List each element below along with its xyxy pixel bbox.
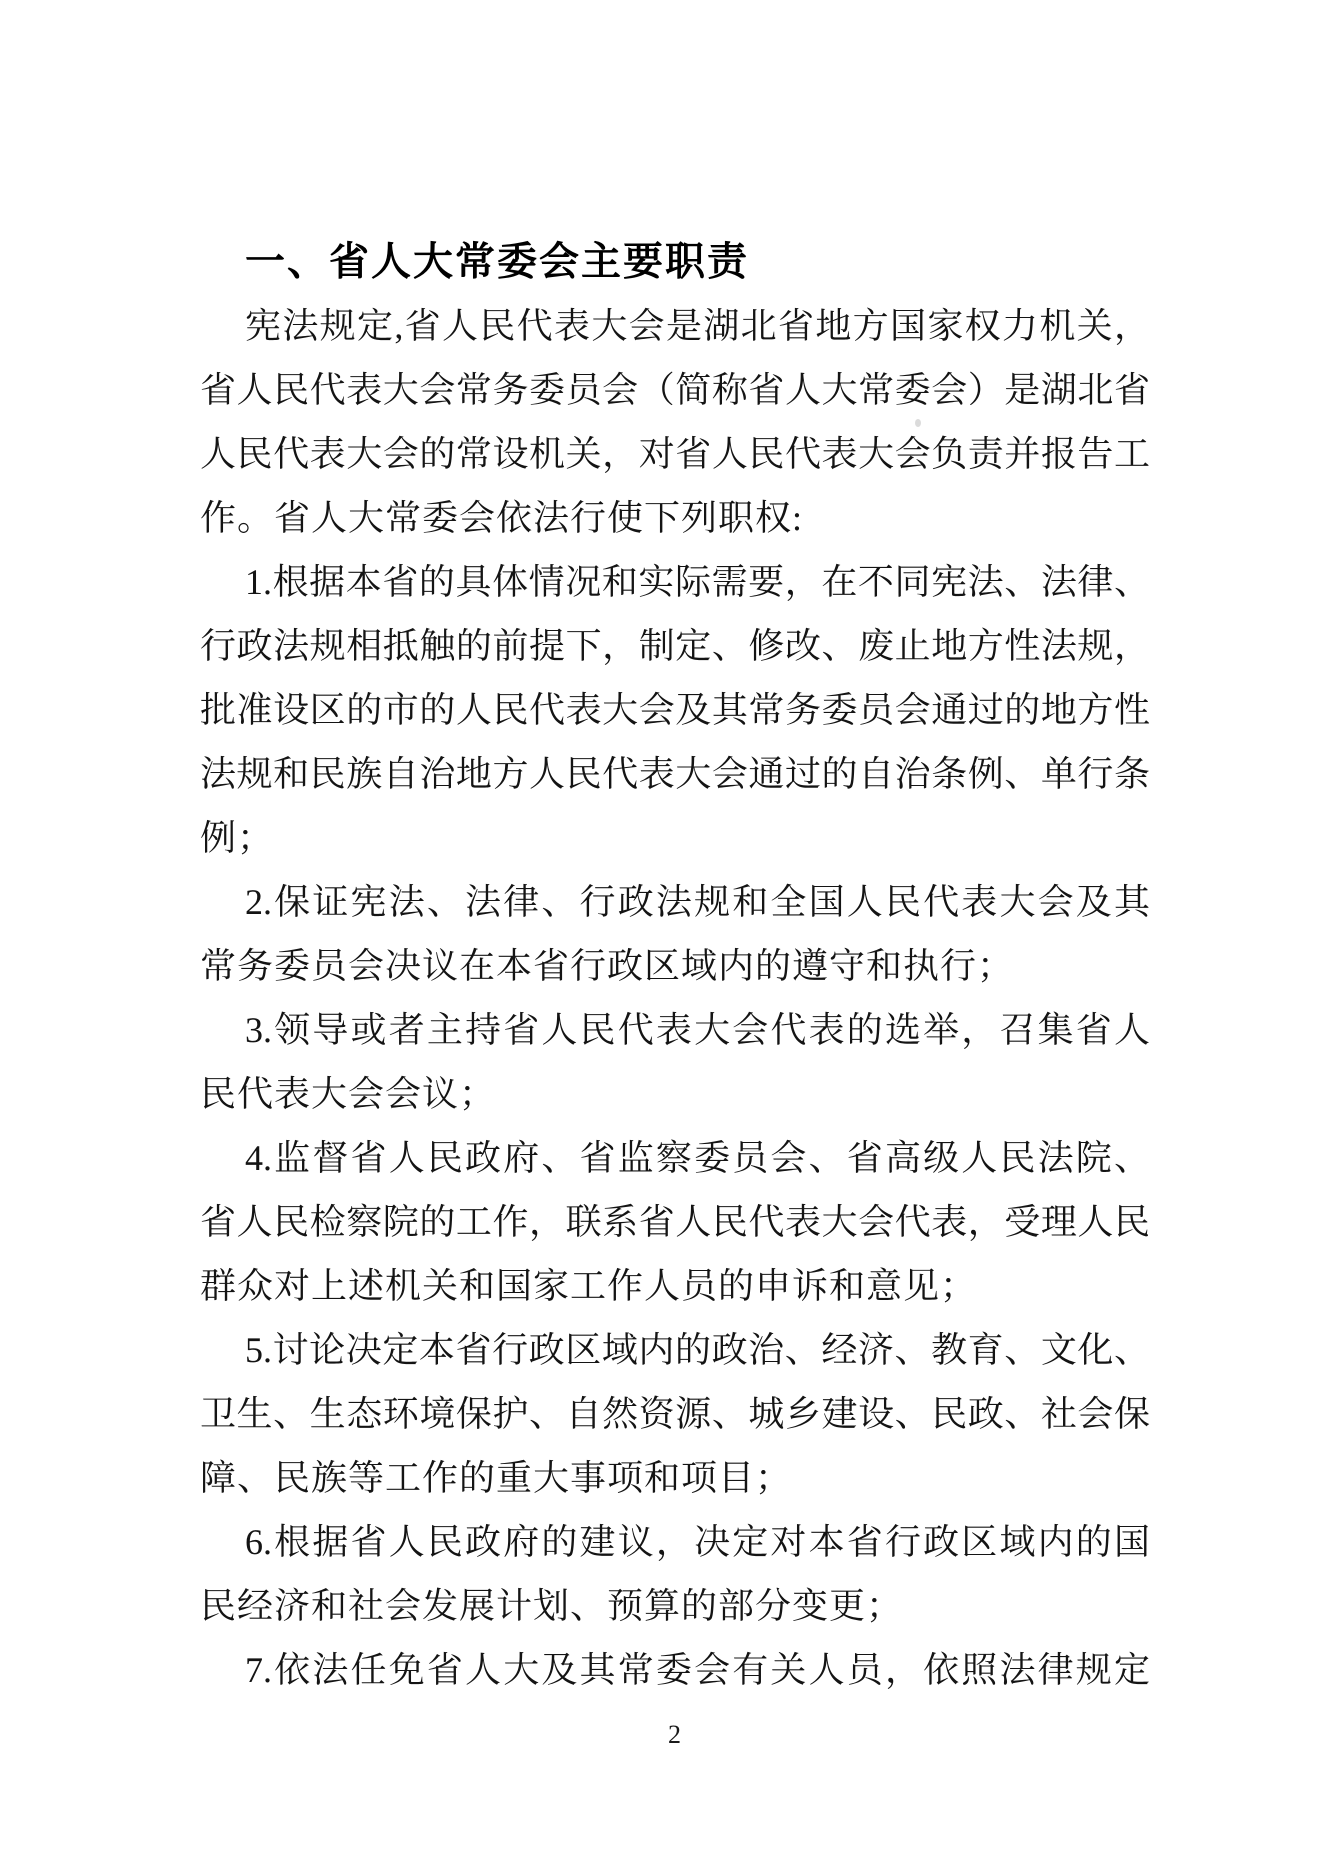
text-line: 作。省人大常委会依法行使下列职权: xyxy=(200,486,1150,550)
text-line: 1.根据本省的具体情况和实际需要，在不同宪法、法律、 xyxy=(200,550,1150,614)
text-line: 6.根据省人民政府的建议，决定对本省行政区域内的国 xyxy=(200,1510,1150,1574)
text-line: 群众对上述机关和国家工作人员的申诉和意见； xyxy=(200,1254,1150,1318)
text-line: 例； xyxy=(200,806,1150,870)
text-line: 3.领导或者主持省人民代表大会代表的选举，召集省人 xyxy=(200,998,1150,1062)
text-line: 常务委员会决议在本省行政区域内的遵守和执行； xyxy=(200,934,1150,998)
text-line: 2.保证宪法、法律、行政法规和全国人民代表大会及其 xyxy=(200,870,1150,934)
page-number: 2 xyxy=(668,1718,681,1752)
text-line: 障、民族等工作的重大事项和项目； xyxy=(200,1446,1150,1510)
document-page: 一、省人大常委会主要职责 宪法规定,省人民代表大会是湖北省地方国家权力机关， 省… xyxy=(0,0,1323,1872)
text-line: 批准设区的市的人民代表大会及其常务委员会通过的地方性 xyxy=(200,678,1150,742)
text-line: 省人民检察院的工作，联系省人民代表大会代表，受理人民 xyxy=(200,1190,1150,1254)
text-line: 省人民代表大会常务委员会（简称省人大常委会）是湖北省 xyxy=(200,358,1150,422)
text-line: 宪法规定,省人民代表大会是湖北省地方国家权力机关， xyxy=(200,294,1150,358)
text-line: 人民代表大会的常设机关，对省人民代表大会负责并报告工 xyxy=(200,422,1150,486)
text-line: 行政法规相抵触的前提下，制定、修改、废止地方性法规， xyxy=(200,614,1150,678)
text-line: 民经济和社会发展计划、预算的部分变更； xyxy=(200,1574,1150,1638)
document-body: 一、省人大常委会主要职责 宪法规定,省人民代表大会是湖北省地方国家权力机关， 省… xyxy=(200,230,1150,1702)
scan-artifact xyxy=(915,419,921,427)
section-title: 一、省人大常委会主要职责 xyxy=(200,230,1150,294)
text-line: 7.依法任免省人大及其常委会有关人员，依照法律规定 xyxy=(200,1638,1150,1702)
text-line: 4.监督省人民政府、省监察委员会、省高级人民法院、 xyxy=(200,1126,1150,1190)
text-line: 法规和民族自治地方人民代表大会通过的自治条例、单行条 xyxy=(200,742,1150,806)
text-line: 民代表大会会议； xyxy=(200,1062,1150,1126)
text-line: 卫生、生态环境保护、自然资源、城乡建设、民政、社会保 xyxy=(200,1382,1150,1446)
text-line: 5.讨论决定本省行政区域内的政治、经济、教育、文化、 xyxy=(200,1318,1150,1382)
